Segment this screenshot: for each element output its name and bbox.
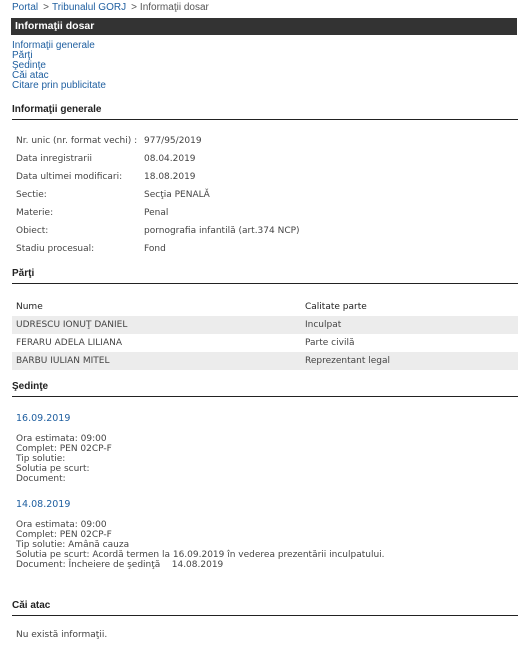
hearing-entry: 16.09.2019 Ora estimata: 09:00 Complet: … xyxy=(16,413,112,484)
breadcrumb-separator: > xyxy=(131,2,137,13)
info-row-data-modificari: Data ultimei modificari:18.08.2019 xyxy=(16,168,300,186)
section-heading-sedinte: Şedinţe xyxy=(12,381,518,397)
breadcrumb-portal-link[interactable]: Portal xyxy=(12,2,38,13)
hearing-solutia: Solutia pe scurt: xyxy=(16,464,112,474)
hearing-document: Document: xyxy=(16,474,112,484)
breadcrumb-separator: > xyxy=(43,2,49,13)
section-heading-informatii-generale: Informaţii generale xyxy=(12,104,518,120)
info-value: 18.08.2019 xyxy=(144,168,196,186)
hearing-complet: Complet: PEN 02CP-F xyxy=(16,530,385,540)
table-row: UDRESCU IONUŢ DANIEL Inculpat xyxy=(12,316,518,334)
nav-link-citare-publicitate[interactable]: Citare prin publicitate xyxy=(12,81,106,91)
empty-state-text: Nu există informaţii. xyxy=(16,630,107,640)
party-role: Parte civilă xyxy=(305,334,518,352)
column-header-calitate: Calitate parte xyxy=(305,298,518,316)
info-label: Sectie: xyxy=(16,186,144,204)
info-row-data-inregistrarii: Data inregistrarii08.04.2019 xyxy=(16,150,300,168)
section-nav: Informaţii generale Părţi Şedinţe Căi at… xyxy=(12,41,106,91)
party-name: UDRESCU IONUŢ DANIEL xyxy=(12,316,305,334)
info-row-materie: Materie:Penal xyxy=(16,204,300,222)
info-row-nr-unic: Nr. unic (nr. format vechi) :977/95/2019 xyxy=(16,132,300,150)
party-role: Reprezentant legal xyxy=(305,352,518,370)
info-value: Fond xyxy=(144,240,166,258)
info-value: pornografia infantilă (art.374 NCP) xyxy=(144,222,300,240)
hearing-entry: 14.08.2019 Ora estimata: 09:00 Complet: … xyxy=(16,499,385,570)
column-header-nume: Nume xyxy=(12,298,305,316)
info-row-obiect: Obiect:pornografia infantilă (art.374 NC… xyxy=(16,222,300,240)
info-label: Data ultimei modificari: xyxy=(16,168,144,186)
info-row-stadiu-procesual: Stadiu procesual:Fond xyxy=(16,240,300,258)
hearing-solutia: Solutia pe scurt: Acordă termen la 16.09… xyxy=(16,550,385,560)
hearing-date: 14.08.2019 xyxy=(16,499,385,511)
parti-table: Nume Calitate parte UDRESCU IONUŢ DANIEL… xyxy=(12,298,518,370)
hearing-ora: Ora estimata: 09:00 xyxy=(16,434,112,444)
hearing-tip-solutie: Tip solutie: Amână cauza xyxy=(16,540,385,550)
info-value: 977/95/2019 xyxy=(144,132,202,150)
party-role: Inculpat xyxy=(305,316,518,334)
hearing-ora: Ora estimata: 09:00 xyxy=(16,520,385,530)
hearing-complet: Complet: PEN 02CP-F xyxy=(16,444,112,454)
info-value: Secţia PENALĂ xyxy=(144,186,210,204)
section-heading-parti: Părţi xyxy=(12,268,518,284)
info-label: Data inregistrarii xyxy=(16,150,144,168)
page-title: Informaţii dosar xyxy=(11,18,517,35)
party-name: FERARU ADELA LILIANA xyxy=(12,334,305,352)
breadcrumb: Portal>Tribunalul GORJ>Informaţii dosar xyxy=(12,2,209,14)
section-heading-cai-atac: Căi atac xyxy=(12,600,518,616)
table-header-row: Nume Calitate parte xyxy=(12,298,518,316)
info-label: Obiect: xyxy=(16,222,144,240)
info-row-sectie: Sectie:Secţia PENALĂ xyxy=(16,186,300,204)
table-row: FERARU ADELA LILIANA Parte civilă xyxy=(12,334,518,352)
info-label: Nr. unic (nr. format vechi) : xyxy=(16,132,144,150)
info-label: Stadiu procesual: xyxy=(16,240,144,258)
party-name: BARBU IULIAN MITEL xyxy=(12,352,305,370)
general-info-table: Nr. unic (nr. format vechi) :977/95/2019… xyxy=(16,132,300,258)
info-value: 08.04.2019 xyxy=(144,150,196,168)
info-value: Penal xyxy=(144,204,168,222)
hearing-document: Document: Încheiere de şedinţă 14.08.201… xyxy=(16,560,385,570)
info-label: Materie: xyxy=(16,204,144,222)
table-row: BARBU IULIAN MITEL Reprezentant legal xyxy=(12,352,518,370)
breadcrumb-current: Informaţii dosar xyxy=(140,2,209,13)
breadcrumb-tribunal-link[interactable]: Tribunalul GORJ xyxy=(52,2,126,13)
hearing-tip-solutie: Tip solutie: xyxy=(16,454,112,464)
hearing-date: 16.09.2019 xyxy=(16,413,112,425)
